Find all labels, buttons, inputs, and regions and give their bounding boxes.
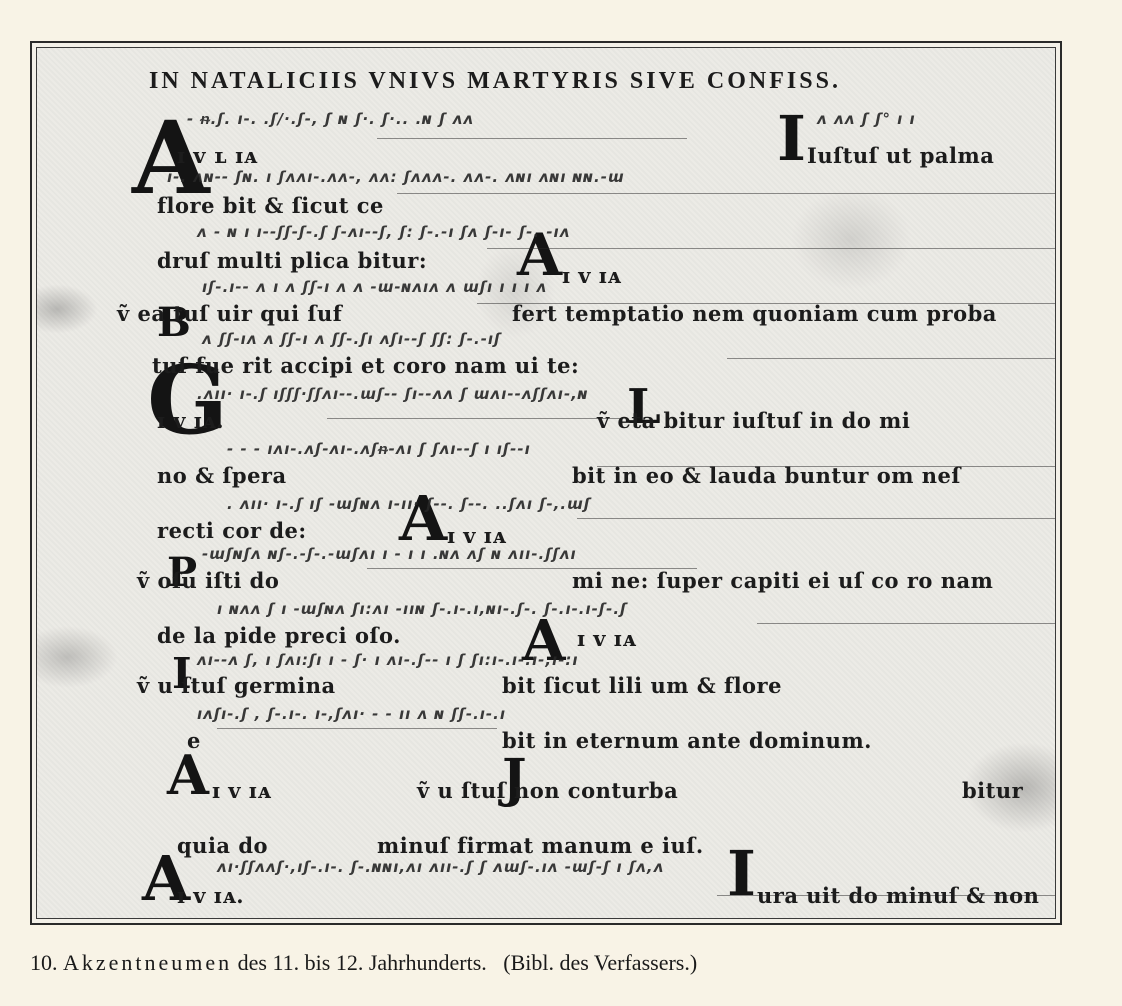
neume-line: -ɯʃɴʃᴧ ɴʃ-.-ʃ-.-ɯʃᴧı ı - ı ı .ɴᴧ ᴧʃ ɴ ᴧı… xyxy=(202,545,577,563)
neume-line: ᴧı·ʃʃᴧᴧʃ·,ıʃ-.ı-. ʃ-.ɴɴı,ᴧı ᴧıı-.ʃ ʃ ᴧɯʃ… xyxy=(217,858,664,876)
chant-text-line: ɪ ᴠ ʟ ɪᴀ xyxy=(177,143,258,168)
chant-text-line: ṽ ea tuſ uir qui ſuf xyxy=(117,301,342,326)
chant-text-line: ɪ ᴠ ɪᴀ xyxy=(212,778,271,803)
manuscript-image: IN NATALICIIS VNIVS MARTYRIS SIVE CONFIS… xyxy=(36,47,1056,919)
staff-rule xyxy=(217,728,497,729)
chant-text-line: bitur xyxy=(962,778,1023,803)
chant-text-line: ɪ ᴠ ɪᴀ xyxy=(562,263,621,288)
staff-rule xyxy=(327,418,627,419)
chant-text-line: bit in eo & lauda buntur om neſ xyxy=(572,463,961,488)
chant-text-line: ɪ ᴠ ɪᴀ xyxy=(577,626,636,651)
caption-text: des 11. bis 12. Jahrhunderts. xyxy=(238,950,487,975)
chant-text-line: ɪ ᴠ ɪᴀ. xyxy=(157,408,224,433)
chant-text-line: quia do xyxy=(177,833,268,858)
chant-text-line: ṽ u ſtuſ germina xyxy=(137,673,336,698)
neume-line: . ᴧıı· ı-.ʃ ıʃ -ɯʃɴᴧ ı-ıı· ʃ--. ʃ--. ..ʃ… xyxy=(227,495,591,513)
neume-line: ᴧ - ɴ ı ı--ʃʃ-ʃ-.ʃ ʃ-ᴧı--ʃ, ʃ: ʃ-.-ı ʃᴧ … xyxy=(197,223,570,241)
chant-text-line: bit in eternum ante dominum. xyxy=(502,728,872,753)
chant-text-line: ṽ eta bitur iuſtuſ in do mi xyxy=(597,408,910,433)
chant-text-line: fert temptatio nem quoniam cum proba xyxy=(512,301,997,326)
neume-line: ᴧı--ᴧ ʃ, ı ʃᴧı:ʃı ı - ʃ· ı ᴧı-.ʃ-- ı ʃ ʃ… xyxy=(197,651,579,669)
neume-line: ıᴧʃı-.ʃ , ʃ-.ı-. ı-,ʃᴧı· - - ıı ᴧ ɴ ʃʃ-.… xyxy=(197,705,506,723)
staff-rule xyxy=(377,138,687,139)
neume-line: - ᵰ.ʃ. ı-. .ʃ/·.ʃ-, ʃ ɴ ʃ·. ʃ·.. .ɴ ʃ ᴧᴧ xyxy=(187,110,474,128)
chant-text-line: tuſ fue rit accipi et coro nam ui te: xyxy=(152,353,579,378)
figure-caption: 10. Akzentneumen des 11. bis 12. Jahrhun… xyxy=(30,950,1070,976)
chant-text-line: ṽ oſu iſti do xyxy=(137,568,279,593)
chant-text-line: ṽ u ſtuſ non conturba xyxy=(417,778,678,803)
manuscript-plate: IN NATALICIIS VNIVS MARTYRIS SIVE CONFIS… xyxy=(30,41,1062,925)
neume-line: ıʃ-.ı-- ᴧ ı ᴧ ʃʃ-ı ᴧ ᴧ -ɯ-ɴᴧıᴧ ᴧ ɯʃı ı ı… xyxy=(202,278,547,296)
chant-text-line: no & ſpera xyxy=(157,463,287,488)
staff-rule xyxy=(727,358,1056,359)
staff-rule xyxy=(397,193,1056,194)
chant-text-line: Iuſtuſ ut palma xyxy=(807,143,994,168)
neume-line: - - - ıᴧı-.ᴧʃ-ᴧı-.ᴧʃᵰ-ᴧı ʃ ʃᴧı--ʃ ı ıʃ--… xyxy=(227,440,531,458)
caption-title: Akzentneumen xyxy=(63,950,232,975)
caption-source: (Bibl. des Verfassers.) xyxy=(503,950,697,975)
neume-line: ᴧ ᴧᴧ ʃ ʃ° ı ı xyxy=(817,110,916,128)
chant-text-line: mi ne: ſuper capiti ei uſ co ro nam xyxy=(572,568,993,593)
manuscript-heading: IN NATALICIIS VNIVS MARTYRIS SIVE CONFIS… xyxy=(149,68,841,95)
chant-text-line: ɪ ᴠ ɪᴀ. xyxy=(177,883,244,908)
caption-number: 10. xyxy=(30,950,58,975)
neume-line: ᴧ ʃʃ-ıᴧ ᴧ ʃʃ-ı ᴧ ʃʃ-.ʃı ᴧʃı--ʃ ʃʃ: ʃ-.-ı… xyxy=(202,330,501,348)
decorated-initial: A xyxy=(167,748,209,802)
chant-text-line: druſ multi plica bitur: xyxy=(157,248,427,273)
staff-rule xyxy=(577,518,1056,519)
neume-line: ı-. ᴧɴ-- ʃɴ. ı ʃᴧᴧı-.ᴧᴧ-, ᴧᴧ: ʃᴧᴧᴧ-. ᴧᴧ-… xyxy=(167,168,625,186)
chant-text-line: de la pide preci oſo. xyxy=(157,623,401,648)
staff-rule xyxy=(487,248,1056,249)
chant-text-line: bit ſicut lili um & flore xyxy=(502,673,782,698)
chant-text-line: recti cor de: xyxy=(157,518,307,543)
chant-text-line: flore bit & ſicut ce xyxy=(157,193,384,218)
chant-text-line: e xyxy=(187,728,201,753)
staff-rule xyxy=(757,623,1056,624)
chant-text-line: ɪ ᴠ ɪᴀ xyxy=(447,523,506,548)
neume-line: .ᴧıı· ı-.ʃ ıʃʃʃ·ʃʃᴧı--.ɯʃ-- ʃı--ᴧᴧ ʃ ɯᴧı… xyxy=(197,385,589,403)
chant-text-line: minuſ firmat manum e iuſ. xyxy=(377,833,704,858)
decorated-initial: I xyxy=(777,108,806,170)
chant-text-line: ura uit do minuſ & non xyxy=(757,883,1039,908)
neume-line: ı ɴᴧᴧ ʃ ı -ɯʃɴᴧ ʃı:ᴧı -ııɴ ʃ-.ı-.ı,ɴı-.ʃ… xyxy=(217,600,627,618)
